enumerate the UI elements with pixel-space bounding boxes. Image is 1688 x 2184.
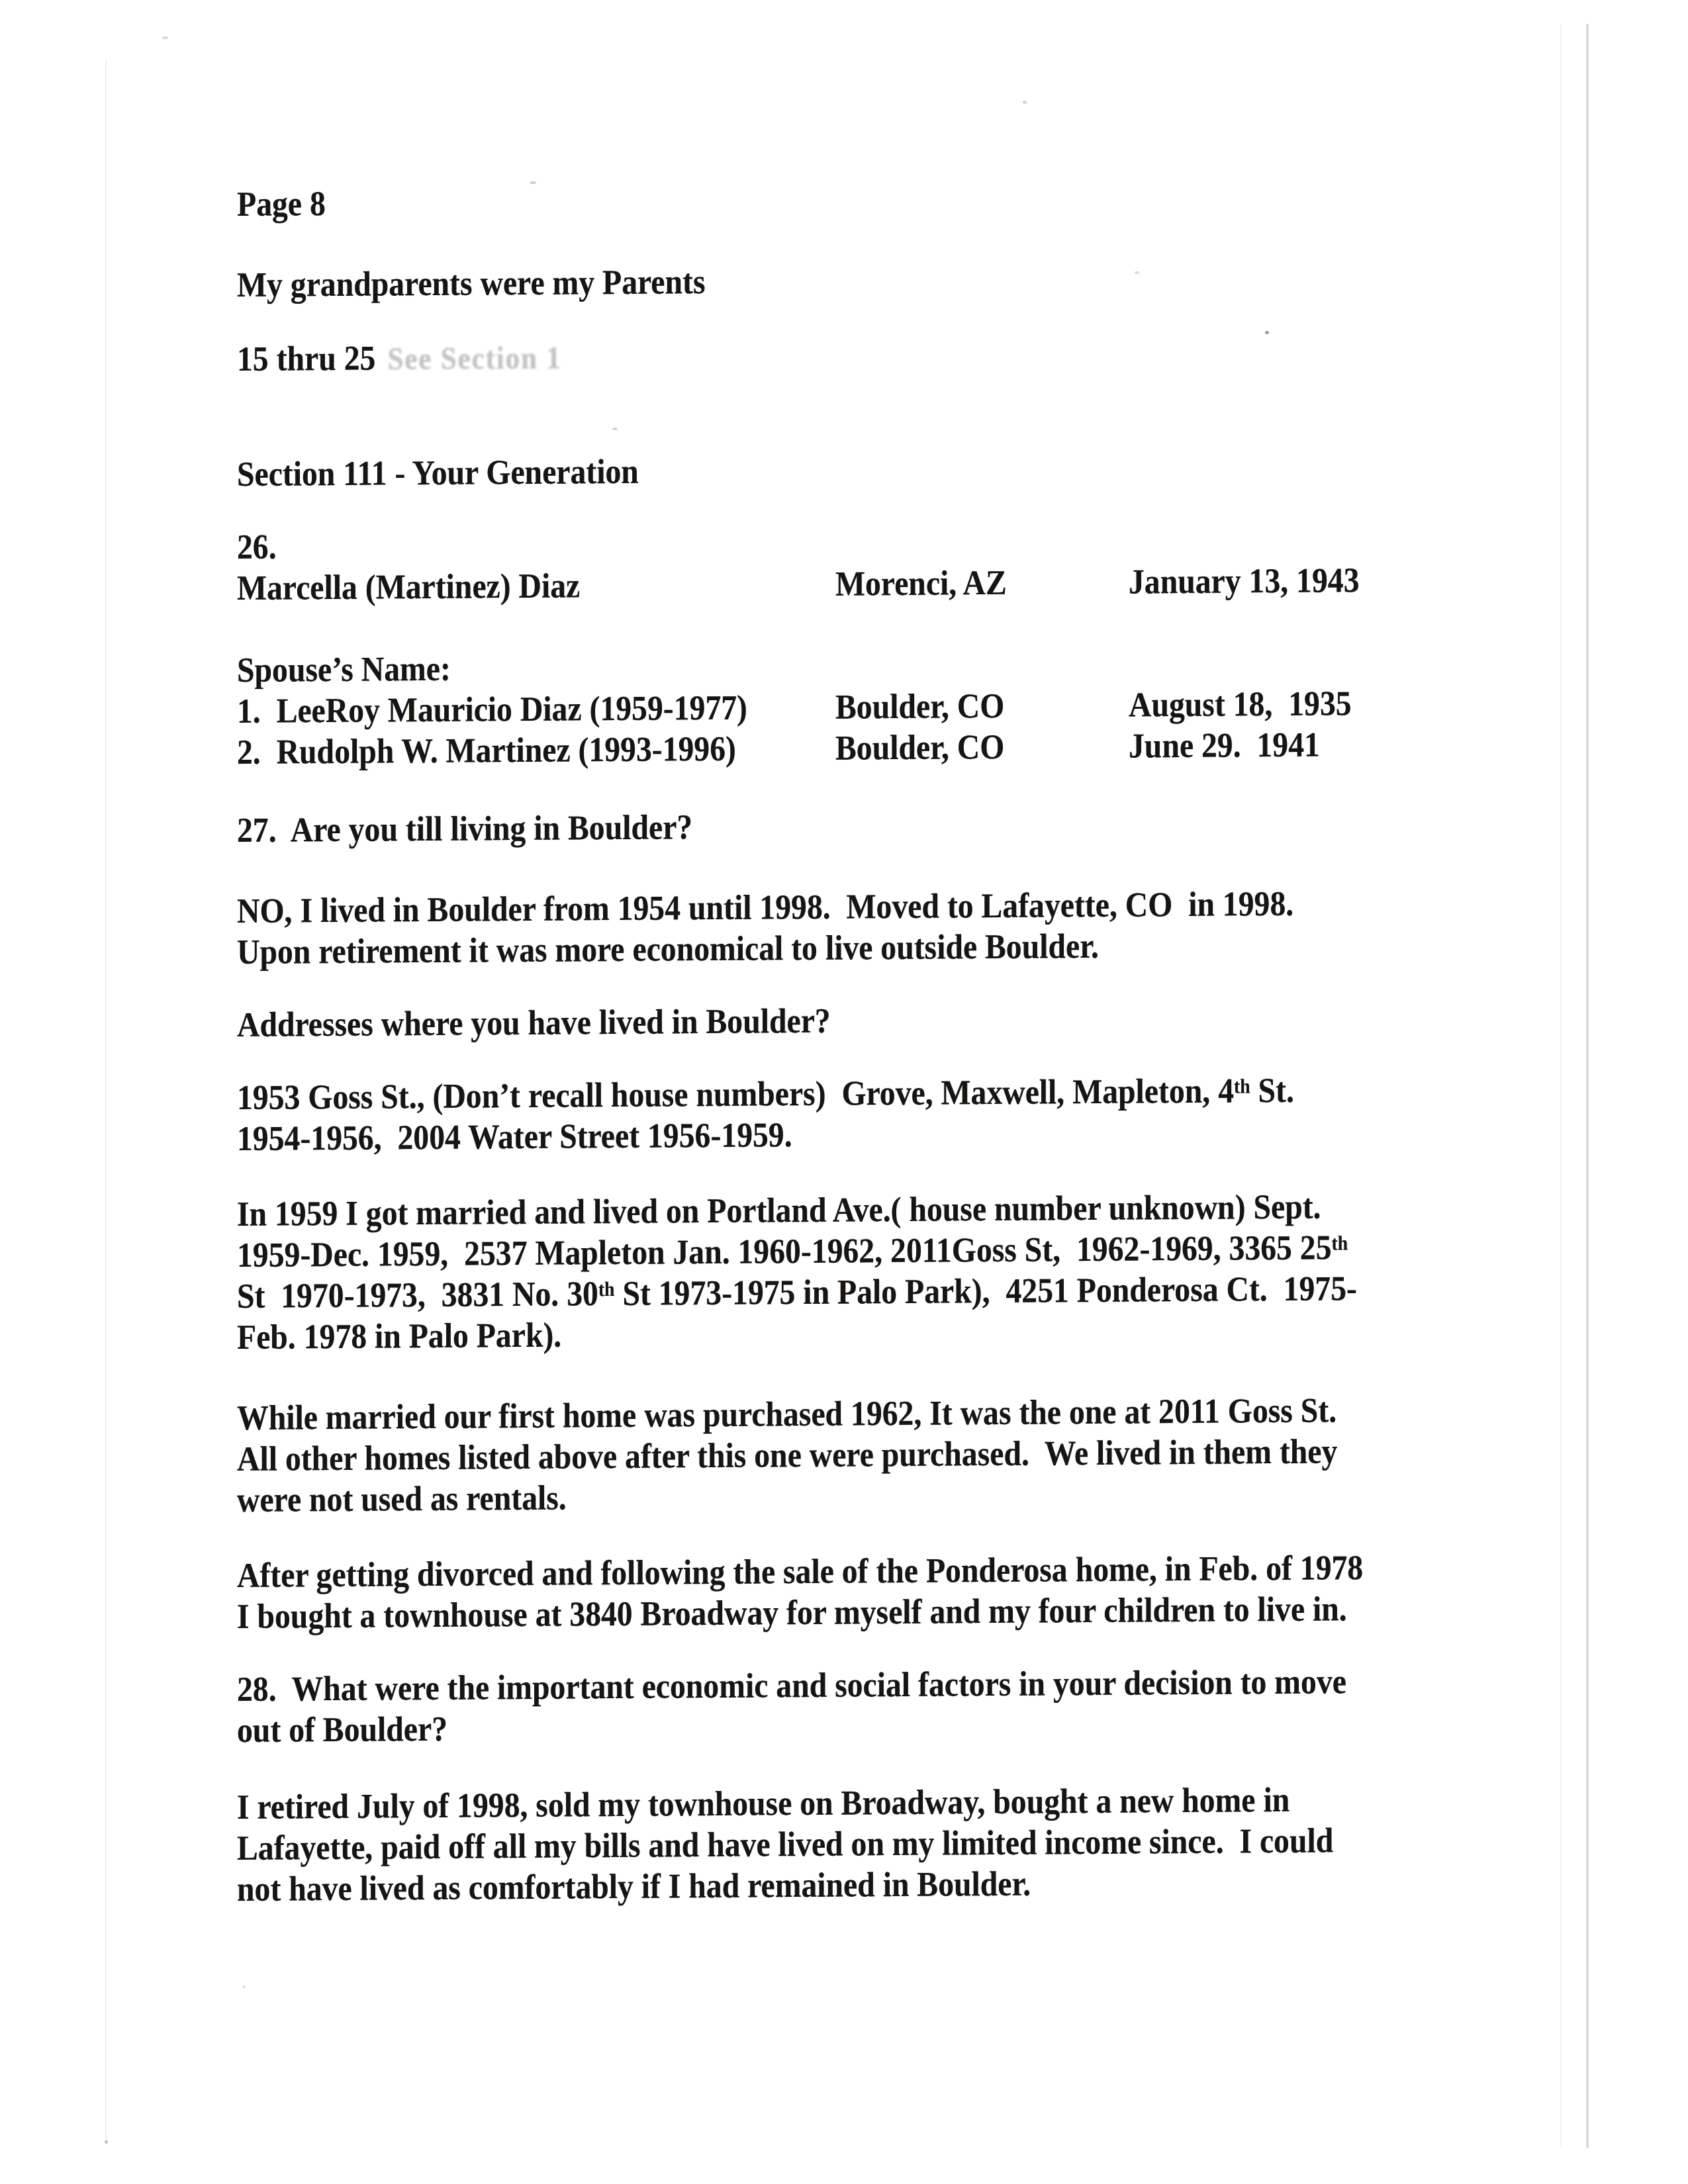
text-segment: St 1970-1973, 3831 No. 30 [237,1275,598,1316]
section-heading: Section 111 - Your Generation [237,451,639,495]
addresses-question: Addresses where you have lived in Boulde… [237,1001,831,1046]
spouse-2-date: June 29. 1941 [1129,725,1320,767]
question-range-line: 15 thru 25See Section 1 [237,337,562,381]
superscript-th: th [1234,1075,1250,1097]
spouse-1-name: 1. LeeRoy Mauricio Diaz (1959-1977) [237,688,747,732]
divorce-line-2: I bought a townhouse at 3840 Broadway fo… [237,1588,1347,1637]
page-number-label: Page 8 [237,183,326,225]
married-addresses-line-2: 1959-Dec. 1959, 2537 Mapleton Jan. 1960-… [237,1227,1348,1276]
superscript-th: th [598,1278,615,1300]
spouse-1-date: August 18, 1935 [1129,683,1352,725]
q28-question-line-1: 28. What were the important economic and… [237,1661,1346,1710]
q28-answer-line-2: Lafayette, paid off all my bills and hav… [237,1820,1333,1869]
q27-answer-line-1: NO, I lived in Boulder from 1954 until 1… [237,884,1293,932]
document-title: My grandparents were my Parents [237,261,705,306]
married-addresses-line-1: In 1959 I got married and lived on Portl… [237,1187,1321,1235]
married-addresses-line-3: St 1970-1973, 3831 No. 30th St 1973-1975… [237,1268,1357,1317]
addresses-1953-line-2: 1954-1956, 2004 Water Street 1956-1959. [237,1115,792,1160]
q27-answer-line-2: Upon retirement it was more economical t… [237,926,1099,973]
spouse-2-name: 2. Rudolph W. Martinez (1993-1996) [237,729,736,773]
faded-see-section-note: See Section 1 [375,341,561,377]
spouses-label: Spouse’s Name: [237,649,451,691]
q26-person-birthdate: January 13, 1943 [1129,560,1360,602]
homes-line-2: All other homes listed above after this … [237,1431,1337,1480]
q26-person-name: Marcella (Martinez) Diaz [237,565,580,609]
homes-line-3: were not used as rentals. [237,1478,567,1521]
spouse-2-place: Boulder, CO [835,727,1004,769]
homes-line-1: While married our first home was purchas… [237,1390,1336,1439]
q26-person-birthplace: Morenci, AZ [835,563,1007,605]
married-addresses-line-4: Feb. 1978 in Palo Park). [237,1315,561,1358]
scanned-document-page: Page 8 My grandparents were my Parents 1… [0,0,1688,2184]
q26-number: 26. [237,527,277,568]
q28-answer-line-3: not have lived as comfortably if I had r… [237,1864,1031,1910]
addresses-1953-line-1: 1953 Goss St., (Don’t recall house numbe… [237,1070,1294,1118]
document-content: Page 8 My grandparents were my Parents 1… [0,0,1688,2184]
question-range-label: 15 thru 25 [237,340,375,379]
text-segment: St. [1250,1071,1294,1110]
q28-answer-line-1: I retired July of 1998, sold my townhous… [237,1780,1289,1828]
text-segment: 1959-Dec. 1959, 2537 Mapleton Jan. 1960-… [237,1228,1332,1275]
q28-question-line-2: out of Boulder? [237,1709,447,1751]
text-segment: 1953 Goss St., (Don’t recall house numbe… [237,1071,1234,1117]
superscript-th: th [1332,1232,1348,1254]
text-segment: St 1973-1975 in Palo Park), 4251 Pondero… [615,1269,1357,1313]
q27-question: 27. Are you till living in Boulder? [237,807,692,851]
spouse-1-place: Boulder, CO [835,686,1004,728]
